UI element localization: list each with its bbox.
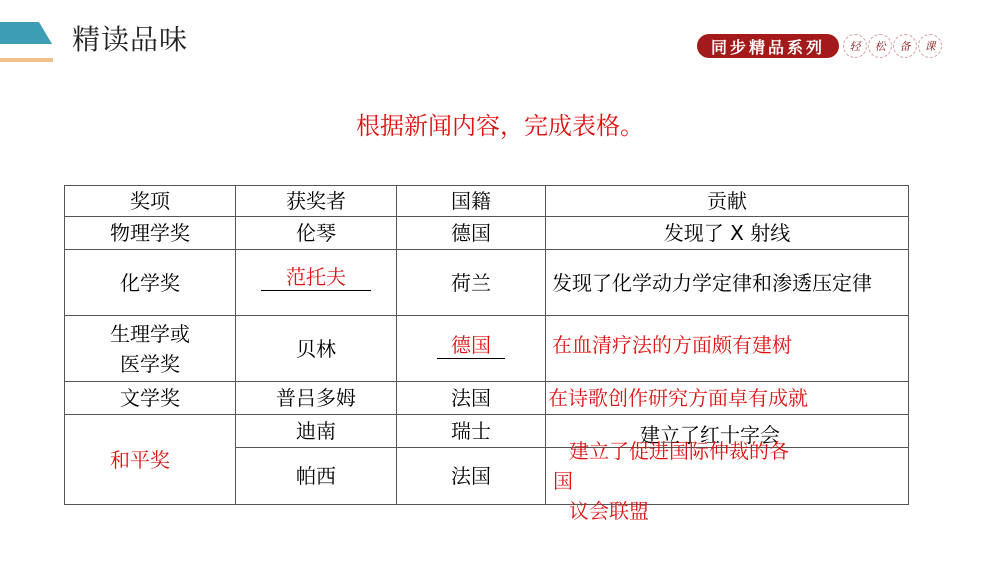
award-line: 医学奖 <box>65 349 235 379</box>
cell-winner: 范托夫 <box>236 250 397 316</box>
header-contribution: 贡献 <box>546 186 909 217</box>
brand-series-label: 同步精品系列 <box>697 34 839 58</box>
cell-award: 物理学奖 <box>65 217 236 250</box>
cell-nationality: 德国 <box>397 217 546 250</box>
orange-underline-bar <box>0 58 53 62</box>
seal-icon: 轻 <box>843 34 867 58</box>
cell-nationality: 德国 <box>397 316 546 382</box>
header-decoration <box>0 0 60 70</box>
seal-icon: 课 <box>918 34 942 58</box>
answer-blank: 范托夫 <box>261 264 371 291</box>
cell-contribution: 发现了化学动力学定律和渗透压定律 <box>546 250 909 316</box>
seal-icon: 松 <box>868 34 892 58</box>
page-title: 精读品味 <box>72 20 188 60</box>
brand-seals: 轻 松 备 课 <box>843 34 943 58</box>
cell-nationality: 瑞士 <box>397 415 546 448</box>
table-row: 化学奖 范托夫 荷兰 发现了化学动力学定律和渗透压定律 <box>65 250 909 316</box>
cell-award: 文学奖 <box>65 382 236 415</box>
answer-line: 议会联盟 <box>553 496 873 526</box>
cell-award: 化学奖 <box>65 250 236 316</box>
cell-winner: 普吕多姆 <box>236 382 397 415</box>
seal-icon: 备 <box>893 34 917 58</box>
cell-nationality: 法国 <box>397 448 546 505</box>
cell-winner: 迪南 <box>236 415 397 448</box>
cell-winner: 伦琴 <box>236 217 397 250</box>
answer-line: 建立了促进国际仲裁的各 <box>553 436 873 466</box>
cell-nationality: 法国 <box>397 382 546 415</box>
cell-award: 和平奖 <box>65 415 236 505</box>
header-award: 奖项 <box>65 186 236 217</box>
answer-line: 国 <box>553 466 873 496</box>
table-row: 生理学或 医学奖 贝林 德国 在血清疗法的方面颇有建树 <box>65 316 909 382</box>
instruction-text: 根据新闻内容，完成表格。 <box>0 108 1000 144</box>
peace-answer-overlay: 建立了促进国际仲裁的各 国 议会联盟 <box>553 436 873 526</box>
cell-award: 生理学或 医学奖 <box>65 316 236 382</box>
header-nationality: 国籍 <box>397 186 546 217</box>
table-row: 物理学奖 伦琴 德国 发现了 X 射线 <box>65 217 909 250</box>
teal-banner-shape <box>0 22 52 44</box>
table-header-row: 奖项 获奖者 国籍 贡献 <box>65 186 909 217</box>
cell-winner: 贝林 <box>236 316 397 382</box>
header-winner: 获奖者 <box>236 186 397 217</box>
cell-nationality: 荷兰 <box>397 250 546 316</box>
award-line: 生理学或 <box>65 319 235 349</box>
cell-winner: 帕西 <box>236 448 397 505</box>
cell-contribution: 在诗歌创作研究方面卓有成就 <box>546 382 909 415</box>
answer-blank: 德国 <box>437 332 505 359</box>
brand-badge: 同步精品系列 轻 松 备 课 <box>697 33 943 59</box>
cell-contribution: 在血清疗法的方面颇有建树 <box>546 316 909 382</box>
cell-contribution: 发现了 X 射线 <box>546 217 909 250</box>
table-row: 文学奖 普吕多姆 法国 在诗歌创作研究方面卓有成就 <box>65 382 909 415</box>
